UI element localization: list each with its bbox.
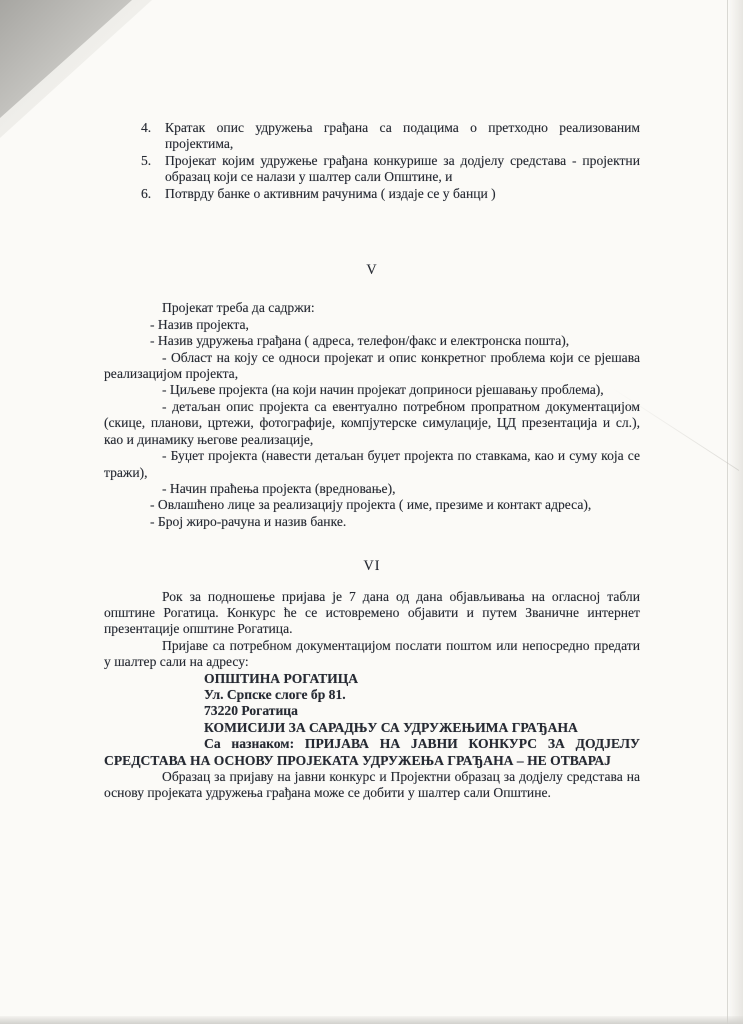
envelope-annotation: Са назнаком: ПРИЈАВА НА ЈАВНИ КОНКУРС ЗА… [104, 736, 640, 769]
list-item: 4. Кратак опис удружења грађана са подац… [141, 120, 640, 153]
paragraph: Пројекат треба да садржи: [104, 300, 640, 316]
numbered-list: 4. Кратак опис удружења грађана са подац… [104, 120, 640, 202]
paragraph: - детаљан опис пројекта са евентуално по… [104, 399, 640, 448]
address-line: Ул. Српске слоге бр 81. [204, 687, 640, 703]
page-right-edge [727, 0, 743, 1024]
paragraph: - Начин праћења пројекта (вредновање), [104, 481, 640, 497]
list-item-number: 6. [141, 186, 165, 202]
paragraph: - Област на коју се односи пројекат и оп… [104, 350, 640, 383]
paragraph: - Назив пројекта, [104, 317, 640, 333]
scanner-bottom-edge [0, 1016, 743, 1024]
paragraph: - Број жиро-рачуна и назив банке. [104, 514, 640, 530]
list-item: 5. Пројекат којим удружење грађана конку… [141, 153, 640, 186]
list-item-number: 4. [141, 120, 165, 153]
address-block: ОПШТИНА РОГАТИЦА Ул. Српске слоге бр 81.… [204, 671, 640, 737]
paragraph: - Буџет пројекта (навести детаљан буџет … [104, 448, 640, 481]
paragraph: - Овлашћено лице за реализацију пројекта… [104, 497, 640, 513]
paragraph: - Назив удружења грађана ( адреса, телеф… [104, 333, 640, 349]
paragraph: - Циљеве пројекта (на који начин пројека… [104, 382, 640, 398]
list-item: 6. Потврду банке о активним рачунима ( и… [141, 186, 640, 202]
address-line: ОПШТИНА РОГАТИЦА [204, 671, 640, 687]
address-line: 73220 Рогатица [204, 703, 640, 719]
list-item-text: Пројекат којим удружење грађана конкуриш… [165, 153, 640, 186]
paragraph: Образац за пријаву на јавни конкурс и Пр… [104, 769, 640, 802]
list-item-number: 5. [141, 153, 165, 186]
list-item-text: Потврду банке о активним рачунима ( изда… [165, 186, 640, 202]
section-heading-vi: VI [104, 558, 640, 574]
scanned-document-page: 4. Кратак опис удружења грађана са подац… [104, 0, 640, 802]
list-item-text: Кратак опис удружења грађана са подацима… [165, 120, 640, 153]
address-line: КОМИСИЈИ ЗА САРАДЊУ СА УДРУЖЕЊИМА ГРАЂАН… [204, 720, 640, 736]
paragraph: Рок за подношење пријава је 7 дана од да… [104, 589, 640, 638]
section-heading-v: V [104, 262, 640, 278]
paragraph: Пријаве са потребном документацијом посл… [104, 638, 640, 671]
